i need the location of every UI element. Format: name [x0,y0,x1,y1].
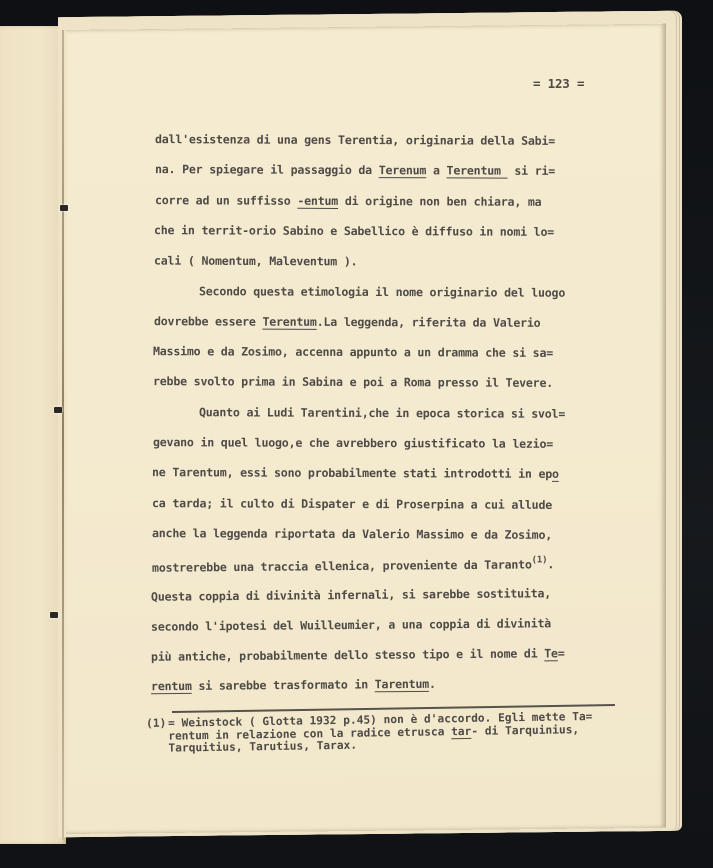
text-run: si sarebbe trasformato in [191,678,374,694]
body-line: che in territ-orio Sabino e Sabellico è … [154,223,554,239]
text-run: . [428,677,435,691]
binding-spine [62,30,64,840]
binding-staple [60,205,68,211]
text-run: Te [544,646,558,660]
body-line: ne Tarentum, essi sono probabilmente sta… [152,465,559,481]
text-run: Terentum [262,314,316,328]
body-line: ca tarda; il culto di Dispater e di Pros… [152,496,552,512]
body-line: rebbe svolto prima in Sabina e poi a Rom… [153,375,553,391]
body-line: na. Per spiegare il passaggio da Terenum… [155,162,555,178]
text-run: che in territ-orio Sabino e Sabellico è … [154,223,554,239]
text-run: Questa coppia di divinità infernali, si … [151,586,551,603]
text-run: o [552,467,559,481]
text-run: dall'esistenza di una gens Terentia, ori… [155,132,555,148]
text-run: anche la leggenda riportata da Valerio M… [152,526,552,542]
text-run: -entum [297,193,338,207]
text-run: corre ad un suffisso [154,193,296,208]
footnote-marker: (1) [146,718,168,731]
body-line: dovrebbe essere Terentum.La leggenda, ri… [153,314,540,330]
body-line: Quanto ai Ludi Tarentini,che in epoca st… [199,405,565,421]
text-run: na. Per spiegare il passaggio da [155,162,379,177]
text-run: a [426,164,446,178]
text-run: si ri= [507,164,555,178]
footnote-reference: (1) [531,555,547,565]
footnote: (1)= Weinstock ( Glotta 1932 p.45) non è… [146,711,593,756]
binding-staple [54,407,62,413]
text-run: Secondo questa etimologia il nome origin… [199,284,565,300]
text-run: ne Tarentum, essi sono probabilmente sta… [152,465,552,481]
text-run: - di Tarquinius, [471,723,579,738]
page-number: = 123 = [533,76,584,91]
text-run: rentum [150,679,191,693]
previous-page-edge [0,26,66,844]
text-run: Massimo e da Zosimo, accenna appunto a u… [153,344,553,360]
text-run: Terenum [378,163,426,177]
text-run: . [547,557,554,571]
text-run: gevano in quel luogo,e che avrebbero giu… [152,435,552,451]
text-run: = [557,646,564,660]
body-line: Questa coppia di divinità infernali, si … [151,586,551,603]
text-run: cali ( Nomentum, Maleventum ). [154,254,357,269]
body-line: corre ad un suffisso -entum di origine n… [154,193,541,209]
body-line: gevano in quel luogo,e che avrebbero giu… [152,435,552,451]
body-line: Massimo e da Zosimo, accenna appunto a u… [153,344,553,360]
body-line: anche la leggenda riportata da Valerio M… [152,526,552,542]
body-line: Secondo questa etimologia il nome origin… [199,284,565,300]
footnote-marker [146,730,168,743]
text-run: ca tarda; il culto di Dispater e di Pros… [152,496,552,512]
text-run: .La leggenda, riferita da Valerio [316,315,540,330]
text-run: tar [451,724,471,737]
body-line: cali ( Nomentum, Maleventum ). [154,254,357,269]
text-run: rebbe svolto prima in Sabina e poi a Rom… [153,375,553,391]
text-run: Tarquitius, Tarutius, Tarax. [168,739,357,755]
text-run: Quanto ai Ludi Tarentini,che in epoca st… [199,405,565,421]
text-run: di origine non ben chiara, ma [338,194,541,209]
text-run: Terentum [446,164,507,178]
footnote-marker [146,743,168,756]
text-run: Tarentum [374,677,428,691]
scanned-book-spread: = 123 = dall'esistenza di una gens Teren… [0,0,713,868]
text-run: dovrebbe essere [153,314,262,328]
body-line: dall'esistenza di una gens Terentia, ori… [155,132,555,148]
binding-staple [50,612,58,618]
